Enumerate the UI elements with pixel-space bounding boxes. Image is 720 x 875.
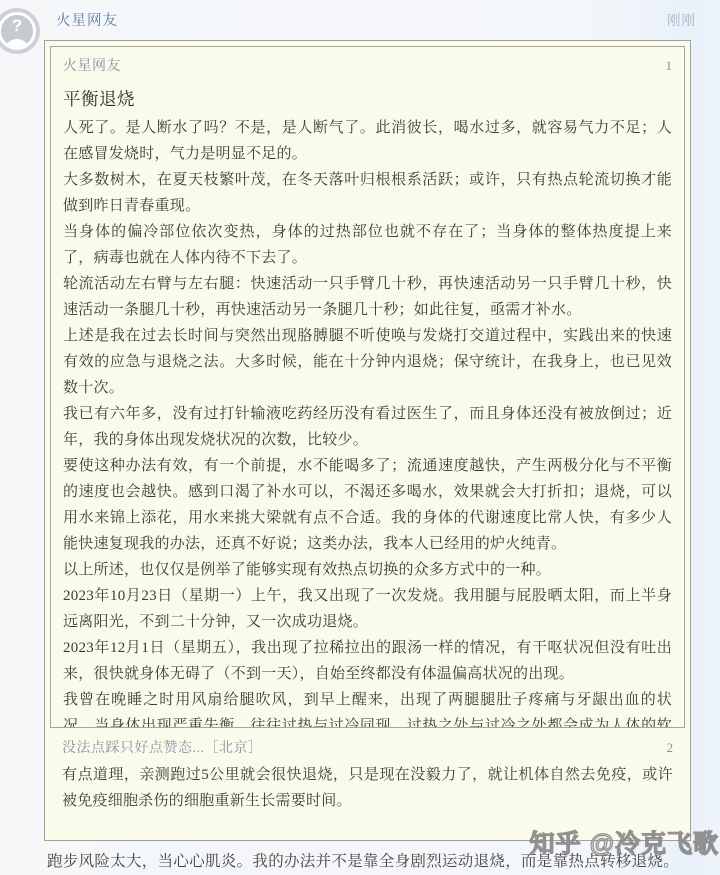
paragraph: 我曾在晚睡之时用风扇给腿吹风，到早上醒来，出现了两腿腿肚子疼痛与牙龈出血的状况。…	[63, 687, 672, 728]
zhihu-watermark: 知乎 @冷克飞歌	[530, 824, 719, 860]
post-2: 没法点踩只好点赞态...［北京］ 2 有点道理，亲测跑过5公里就会很快退烧，只是…	[50, 728, 685, 824]
paragraph: 人死了。是人断水了吗？不是，是人断气了。此消彼长，喝水过多，就容易气力不足；人在…	[63, 115, 672, 167]
person-silhouette-icon	[4, 39, 30, 50]
top-bar: ? 火星网友 刚刚	[0, 0, 720, 36]
post-2-header: 没法点踩只好点赞态...［北京］ 2	[62, 737, 673, 757]
post-2-body: 有点道理，亲测跑过5公里就会很快退烧，只是现在没毅力了，就让机体自然去免疫，或许…	[62, 762, 673, 814]
paragraph: 2023年12月1日（星期五），我出现了拉稀拉出的跟汤一样的情况，有干呕状况但没…	[63, 635, 672, 687]
paragraph: 2023年10月23日（星期一）上午，我又出现了一次发烧。我用腿与屁股晒太阳，而…	[63, 583, 672, 635]
paragraph: 上述是我在过去长时间与突然出现胳膊腿不听使唤与发烧打交道过程中，实践出来的快速有…	[63, 323, 672, 401]
avatar[interactable]: ?	[0, 8, 40, 54]
paragraph: 当身体的偏冷部位依次变热，身体的过热部位也就不存在了；当身体的整体热度提上来了，…	[63, 219, 672, 271]
post-2-floor-number: 2	[667, 740, 674, 756]
paragraph: 要使这种办法有效，有一个前提，水不能喝多了；流通速度越快，产生两极分化与不平衡的…	[63, 453, 672, 557]
anonymous-user-icon: ?	[0, 12, 36, 50]
paragraph: 我已有六年多，没有过打针输液吃药经历没有看过医生了，而且身体还没有被放倒过；近年…	[63, 401, 672, 453]
embedded-thread-image[interactable]: 火星网友 1 平衡退烧 人死了。是人断水了吗？不是，是人断气了。此消彼长，喝水过…	[44, 40, 691, 841]
post-1-header: 火星网友 1	[63, 55, 672, 75]
paragraph: 以上所述，也仅仅是例举了能够实现有效热点切换的众多方式中的一种。	[63, 557, 672, 583]
paragraph: 有点道理，亲测跑过5公里就会很快退烧，只是现在没毅力了，就让机体自然去免疫，或许…	[62, 762, 673, 814]
paragraph: 轮流活动左右臂与左右腿：快速活动一只手臂几十秒，再快速活动另一只手臂几十秒，快速…	[63, 271, 672, 323]
author-username-link[interactable]: 火星网友	[56, 9, 118, 30]
paragraph: 大多数树木，在夏天枝繁叶茂，在冬天落叶归根根系活跃；或许，只有热点轮流切换才能做…	[63, 167, 672, 219]
post-timestamp: 刚刚	[667, 9, 696, 29]
post-1-author: 火星网友	[63, 55, 121, 75]
post-1-title: 平衡退烧	[63, 86, 672, 111]
question-mark-icon: ?	[1, 16, 33, 36]
page: { "top_bar": { "username": "火星网友", "time…	[0, 0, 720, 875]
post-1-floor-number: 1	[666, 58, 673, 74]
post-1-body: 人死了。是人断水了吗？不是，是人断气了。此消彼长，喝水过多，就容易气力不足；人在…	[63, 115, 672, 728]
post-2-author: 没法点踩只好点赞态...［北京］	[62, 737, 263, 757]
post-1: 火星网友 1 平衡退烧 人死了。是人断水了吗？不是，是人断气了。此消彼长，喝水过…	[50, 46, 685, 728]
